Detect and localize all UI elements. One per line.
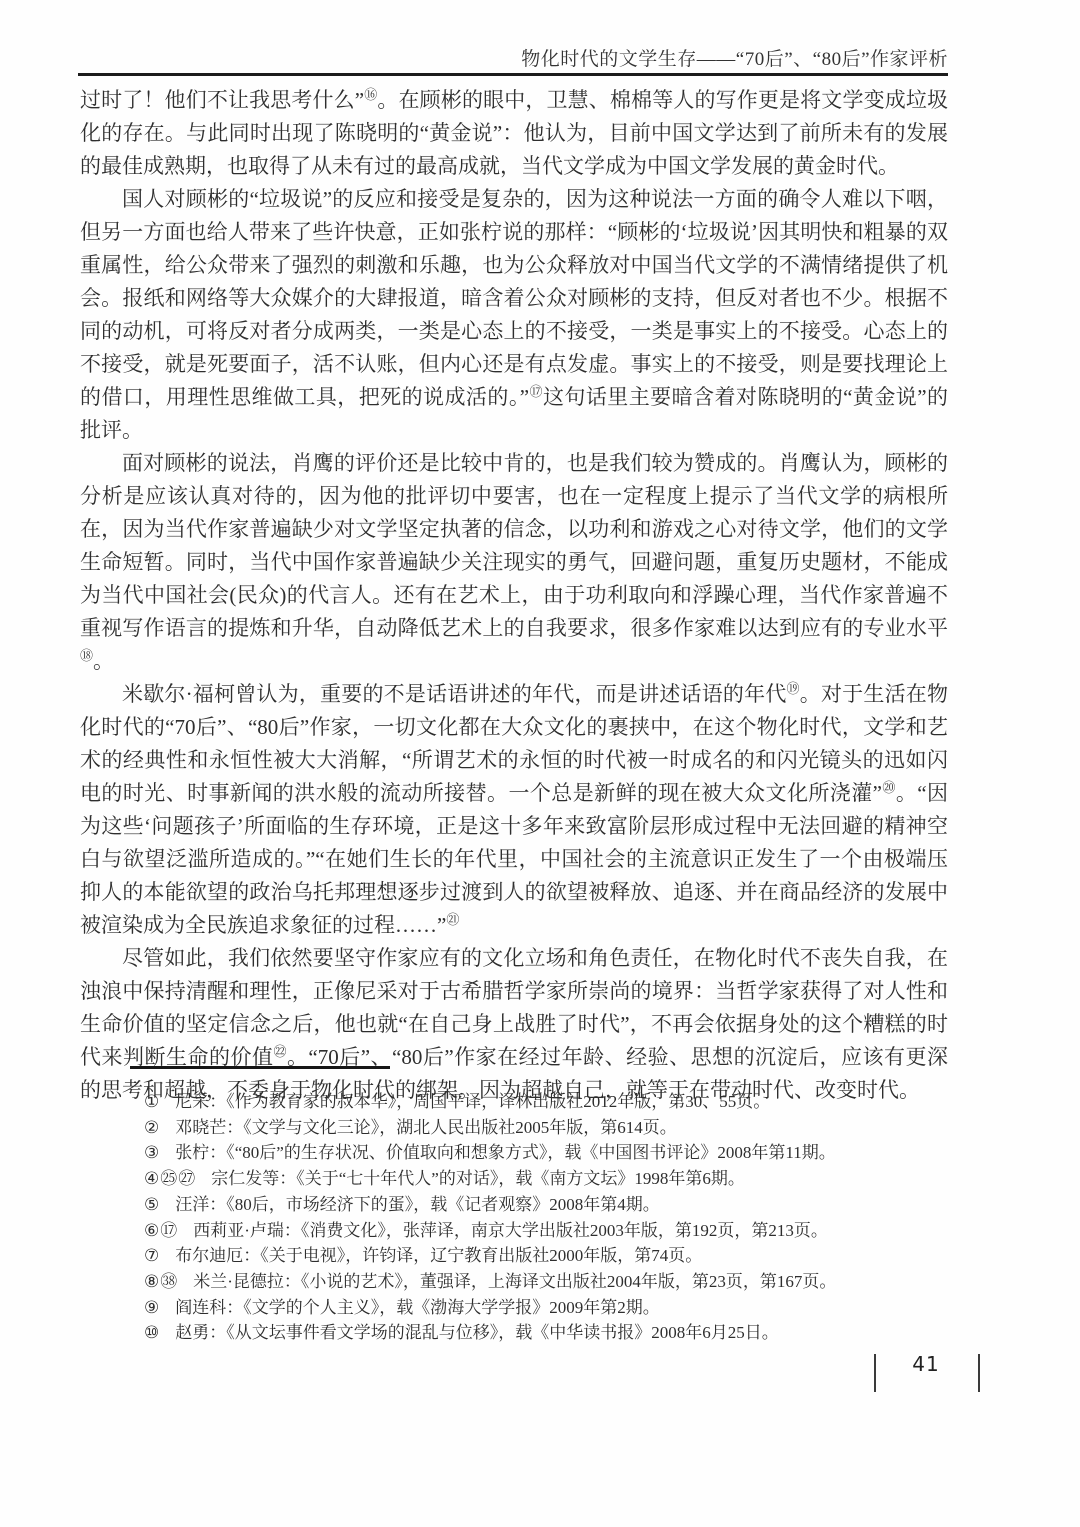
page-number-area: 41: [868, 1350, 988, 1396]
footnote-text: 赵勇：《从文坛事件看文学场的混乱与位移》，载《中华读书报》2008年6月25日。: [175, 1323, 779, 1342]
footnote-ref: ㉑: [446, 912, 459, 927]
footnote-text: 阎连科：《文学的个人主义》，载《渤海大学学报》2009年第2期。: [175, 1298, 660, 1317]
document-page: 物化时代的文学生存——“70后”、“80后”作家评析 过时了！他们不让我思考什么…: [0, 0, 1080, 1527]
footnotes-section: ①尼采：《作为教育家的叔本华》，周国平译，译林出版社2012年版，第30、55页…: [80, 1066, 960, 1346]
footnote-item: ⑦布尔迪厄：《关于电视》，许钧译，辽宁教育出版社2000年版，第74页。: [80, 1243, 960, 1269]
footnote-ref: ⑱: [80, 648, 93, 663]
footnote-marker: ①: [144, 1092, 160, 1111]
footnote-item: ⑨阎连科：《文学的个人主义》，载《渤海大学学报》2009年第2期。: [80, 1295, 960, 1321]
footnote-marker: ⑦: [144, 1246, 160, 1265]
footnote-item: ⑤汪洋：《80后，市场经济下的蛋》，载《记者观察》2008年第4期。: [80, 1192, 960, 1218]
page-number-right-bar: [978, 1354, 980, 1392]
page-number: 41: [868, 1352, 984, 1376]
header-rule: [78, 73, 948, 76]
footnote-item: ⑩赵勇：《从文坛事件看文学场的混乱与位移》，载《中华读书报》2008年6月25日…: [80, 1320, 960, 1346]
footnote-item: ⑧㊳米兰·昆德拉：《小说的艺术》，董强译，上海译文出版社2004年版，第23页，…: [80, 1269, 960, 1295]
footnote-item: ③张柠：《“80后”的生存状况、价值取向和想象方式》，载《中国图书评论》2008…: [80, 1140, 960, 1166]
paragraph: 米歇尔·福柯曾认为，重要的不是话语讲述的年代，而是讲述话语的年代⑲。对于生活在物…: [80, 678, 948, 942]
footnote-text: 张柠：《“80后”的生存状况、价值取向和想象方式》，载《中国图书评论》2008年…: [175, 1143, 835, 1162]
footnote-text: 西莉亚·卢瑞：《消费文化》，张萍译，南京大学出版社2003年版，第192页，第2…: [193, 1221, 828, 1240]
footnote-text: 邓晓芒：《文学与文化三论》，湖北人民出版社2005年版，第614页。: [175, 1118, 677, 1137]
footnote-marker: ⑥⑰: [144, 1221, 178, 1240]
body-text: 过时了！他们不让我思考什么”⑯。在顾彬的眼中，卫慧、棉棉等人的写作更是将文学变成…: [80, 84, 948, 1107]
footnote-marker: ②: [144, 1118, 160, 1137]
footnote-ref: ⑳: [882, 780, 896, 795]
footnote-item: ⑥⑰西莉亚·卢瑞：《消费文化》，张萍译，南京大学出版社2003年版，第192页，…: [80, 1218, 960, 1244]
footnote-marker: ④㉕㉗: [144, 1169, 196, 1188]
footnote-ref: ⑲: [787, 681, 800, 696]
footnote-marker: ⑨: [144, 1298, 160, 1317]
footnote-item: ①尼采：《作为教育家的叔本华》，周国平译，译林出版社2012年版，第30、55页…: [80, 1089, 960, 1115]
footnote-ref: ⑰: [529, 384, 543, 399]
footnote-marker: ⑤: [144, 1195, 160, 1214]
footnote-text: 尼采：《作为教育家的叔本华》，周国平译，译林出版社2012年版，第30、55页。: [175, 1092, 770, 1111]
footnote-item: ④㉕㉗宗仁发等：《关于“七十年代人”的对话》，载《南方文坛》1998年第6期。: [80, 1166, 960, 1192]
footnote-marker: ③: [144, 1143, 160, 1162]
paragraph: 面对顾彬的说法，肖鹰的评价还是比较中肯的，也是我们较为赞成的。肖鹰认为，顾彬的分…: [80, 447, 948, 678]
footnote-ref: ⑯: [364, 87, 377, 102]
footnote-separator: [130, 1066, 390, 1069]
paragraph: 过时了！他们不让我思考什么”⑯。在顾彬的眼中，卫慧、棉棉等人的写作更是将文学变成…: [80, 84, 948, 183]
footnote-text: 汪洋：《80后，市场经济下的蛋》，载《记者观察》2008年第4期。: [175, 1195, 660, 1214]
paragraph: 国人对顾彬的“垃圾说”的反应和接受是复杂的，因为这种说法一方面的确令人难以下咽，…: [80, 183, 948, 447]
footnote-marker: ⑧㊳: [144, 1272, 178, 1291]
running-header-title: 物化时代的文学生存——“70后”、“80后”作家评析: [521, 44, 948, 71]
footnote-ref: ㉒: [273, 1044, 287, 1059]
footnote-marker: ⑩: [144, 1323, 160, 1342]
footnote-text: 米兰·昆德拉：《小说的艺术》，董强译，上海译文出版社2004年版，第23页，第1…: [193, 1272, 836, 1291]
footnote-item: ②邓晓芒：《文学与文化三论》，湖北人民出版社2005年版，第614页。: [80, 1115, 960, 1141]
footnote-list: ①尼采：《作为教育家的叔本华》，周国平译，译林出版社2012年版，第30、55页…: [80, 1089, 960, 1346]
footnote-text: 宗仁发等：《关于“七十年代人”的对话》，载《南方文坛》1998年第6期。: [211, 1169, 745, 1188]
footnote-text: 布尔迪厄：《关于电视》，许钧译，辽宁教育出版社2000年版，第74页。: [175, 1246, 702, 1265]
